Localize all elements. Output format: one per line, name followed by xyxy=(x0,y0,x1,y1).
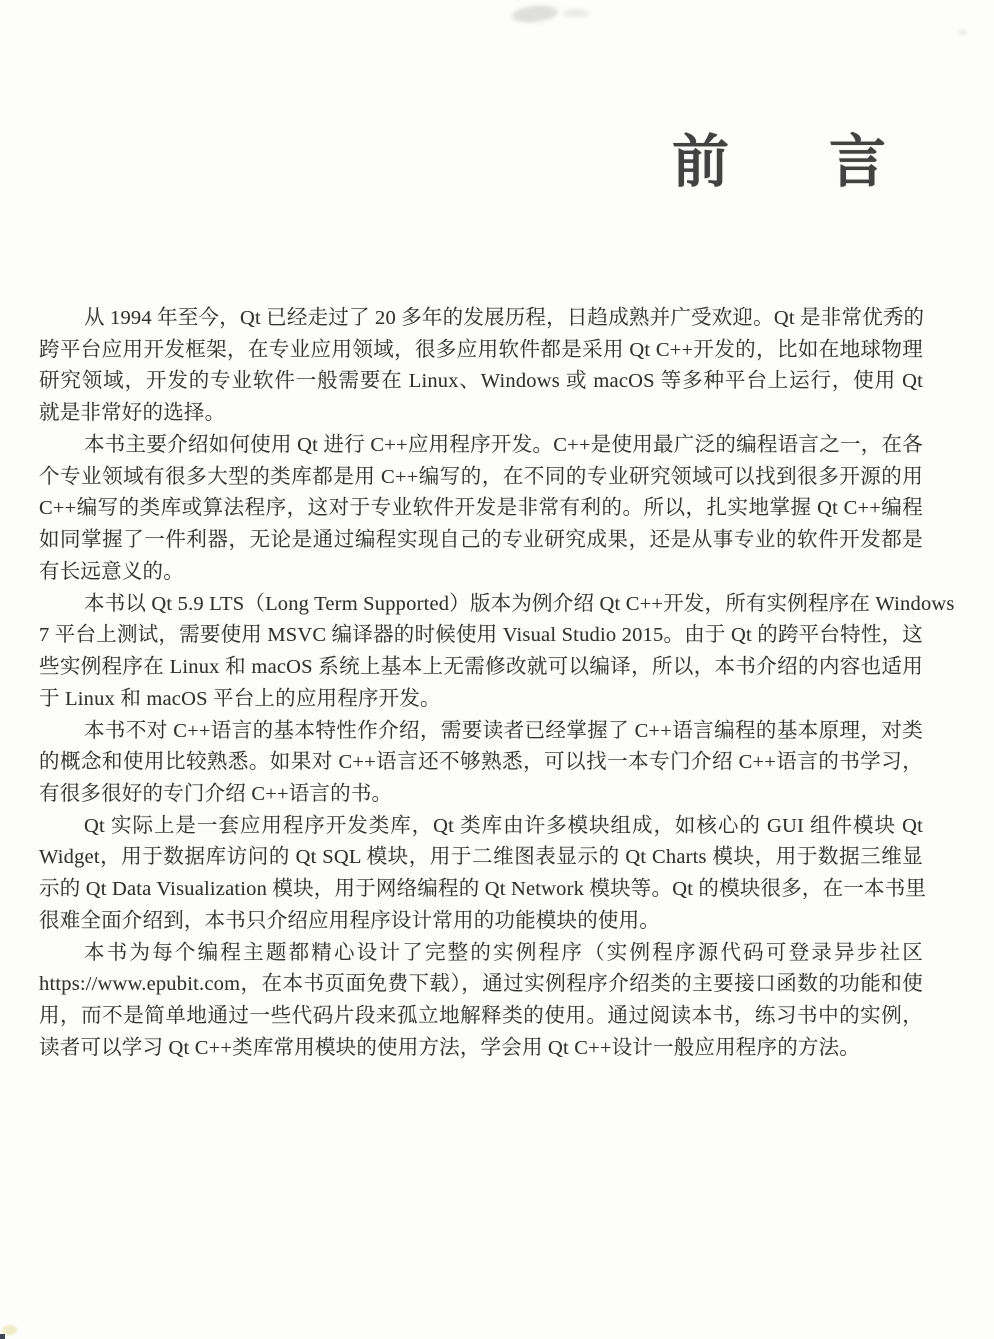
scan-smudge xyxy=(958,30,967,35)
text-line: 个专业领域有很多大型的类库都是用 C++编写的，在不同的专业研究领域可以找到很多… xyxy=(39,462,923,494)
text-line: 本书主要介绍如何使用 Qt 进行 C++应用程序开发。C++是使用最广泛的编程语… xyxy=(39,430,923,462)
text-line: 本书以 Qt 5.9 LTS（Long Term Supported）版本为例介… xyxy=(39,589,923,621)
text-line: https://www.epubit.com，在本书页面免费下载），通过实例程序… xyxy=(39,969,923,1001)
text-line: 如同掌握了一件利器，无论是通过编程实现自己的专业研究成果，还是从事专业的软件开发… xyxy=(39,525,923,557)
text-line: 些实例程序在 Linux 和 macOS 系统上基本上无需修改就可以编译，所以，… xyxy=(39,652,923,684)
text-line: 有很多很好的专门介绍 C++语言的书。 xyxy=(39,779,923,811)
text-line: 本书不对 C++语言的基本特性作介绍，需要读者已经掌握了 C++语言编程的基本原… xyxy=(39,716,923,748)
text-line: 的概念和使用比较熟悉。如果对 C++语言还不够熟悉，可以找一本专门介绍 C++语… xyxy=(39,747,923,779)
text-line: 研究领域，开发的专业软件一般需要在 Linux、Windows 或 macOS … xyxy=(39,366,923,398)
text-line: 本书为每个编程主题都精心设计了完整的实例程序（实例程序源代码可登录异步社区 xyxy=(39,938,923,970)
text-line: 有长远意义的。 xyxy=(39,557,923,589)
text-line: 用，而不是简单地通过一些代码片段来孤立地解释类的使用。通过阅读本书，练习书中的实… xyxy=(39,1001,923,1033)
scan-smudge xyxy=(562,9,590,17)
text-line: 示的 Qt Data Visualization 模块，用于网络编程的 Qt N… xyxy=(39,874,923,906)
text-line: 读者可以学习 Qt C++类库常用模块的使用方法，学会用 Qt C++设计一般应… xyxy=(39,1033,923,1065)
scan-corner-mark xyxy=(0,1334,5,1339)
text-line: 7 平台上测试，需要使用 MSVC 编译器的时候使用 Visual Studio… xyxy=(39,620,923,652)
scan-smudge xyxy=(511,4,558,25)
text-line: 就是非常好的选择。 xyxy=(39,398,923,430)
text-line: 跨平台应用开发框架，在专业应用领域，很多应用软件都是采用 Qt C++开发的，比… xyxy=(39,335,923,367)
text-line: 于 Linux 和 macOS 平台上的应用程序开发。 xyxy=(39,684,923,716)
text-line: 很难全面介绍到，本书只介绍应用程序设计常用的功能模块的使用。 xyxy=(39,906,923,938)
page-title: 前 言 xyxy=(672,130,886,194)
scanned-page: 前 言 从 1994 年至今，Qt 已经走过了 20 多年的发展历程，日趋成熟并… xyxy=(0,0,994,1339)
page-title-char: 言 xyxy=(829,130,886,194)
text-line: Widget，用于数据库访问的 Qt SQL 模块，用于二维图表显示的 Qt C… xyxy=(39,842,923,874)
page-title-char: 前 xyxy=(672,130,729,194)
text-line: Qt 实际上是一套应用程序开发类库，Qt 类库由许多模块组成，如核心的 GUI … xyxy=(39,811,923,843)
preface-body: 从 1994 年至今，Qt 已经走过了 20 多年的发展历程，日趋成熟并广受欢迎… xyxy=(39,303,923,1065)
text-line: C++编写的类库或算法程序，这对于专业软件开发是非常有利的。所以，扎实地掌握 Q… xyxy=(39,493,923,525)
text-line: 从 1994 年至今，Qt 已经走过了 20 多年的发展历程，日趋成熟并广受欢迎… xyxy=(39,303,923,335)
